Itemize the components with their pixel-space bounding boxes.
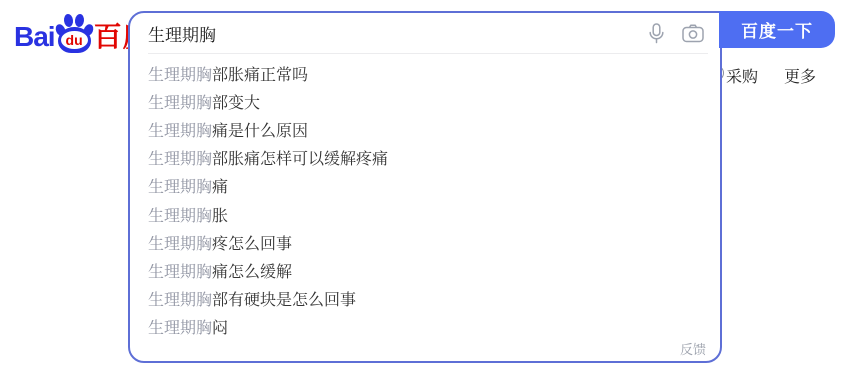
suggestion-prefix: 生理期胸 bbox=[148, 118, 212, 141]
feedback-row: 反馈 bbox=[130, 339, 720, 361]
suggestion-suffix: 闷 bbox=[212, 315, 228, 338]
suggestion-list: 生理期胸部胀痛正常吗 生理期胸部变大 生理期胸痛是什么原因 生理期胸部胀痛怎样可… bbox=[130, 54, 720, 339]
suggestion-item[interactable]: 生理期胸部有硬块是怎么回事 bbox=[130, 285, 720, 313]
suggestion-suffix: 痛 bbox=[212, 174, 228, 197]
nav-item-more[interactable]: 更多 bbox=[784, 64, 816, 87]
suggestion-prefix: 生理期胸 bbox=[148, 315, 212, 338]
suggestion-prefix: 生理期胸 bbox=[148, 62, 212, 85]
baidu-paw-icon: du bbox=[56, 13, 93, 54]
suggestion-item[interactable]: 生理期胸痛怎么缓解 bbox=[130, 256, 720, 284]
suggestion-prefix: 生理期胸 bbox=[148, 174, 212, 197]
nav-item-caigou[interactable]: 采购 bbox=[726, 64, 758, 87]
feedback-link[interactable]: 反馈 bbox=[680, 342, 706, 357]
suggestion-prefix: 生理期胸 bbox=[148, 203, 212, 226]
logo-bai-text: Bai bbox=[14, 22, 55, 54]
suggestion-prefix: 生理期胸 bbox=[148, 259, 212, 282]
suggestion-item[interactable]: 生理期胸部变大 bbox=[130, 87, 720, 115]
suggestion-prefix: 生理期胸 bbox=[148, 287, 212, 310]
suggestion-suffix: 痛怎么缓解 bbox=[212, 259, 292, 282]
paw-toe bbox=[74, 14, 85, 28]
search-input[interactable] bbox=[148, 23, 631, 43]
suggestion-item[interactable]: 生理期胸闷 bbox=[130, 313, 720, 339]
suggestion-suffix: 疼怎么回事 bbox=[212, 231, 292, 254]
paw-toe bbox=[63, 14, 74, 28]
suggestion-suffix: 部变大 bbox=[212, 90, 260, 113]
suggestion-suffix: 胀 bbox=[212, 203, 228, 226]
search-input-row bbox=[130, 13, 720, 53]
suggestion-item[interactable]: 生理期胸胀 bbox=[130, 200, 720, 228]
camera-icon[interactable] bbox=[682, 24, 704, 43]
baidu-search-button[interactable]: 百度一下 bbox=[719, 11, 835, 48]
suggestion-prefix: 生理期胸 bbox=[148, 90, 212, 113]
suggestion-item[interactable]: 生理期胸部胀痛正常吗 bbox=[130, 59, 720, 87]
logo-du-text: du bbox=[56, 32, 93, 48]
suggestion-item[interactable]: 生理期胸痛 bbox=[130, 172, 720, 200]
suggestion-item[interactable]: 生理期胸部胀痛怎样可以缓解疼痛 bbox=[130, 144, 720, 172]
suggestion-suffix: 部胀痛怎样可以缓解疼痛 bbox=[212, 146, 388, 169]
suggestion-prefix: 生理期胸 bbox=[148, 146, 212, 169]
suggestion-item[interactable]: 生理期胸疼怎么回事 bbox=[130, 228, 720, 256]
suggestion-prefix: 生理期胸 bbox=[148, 231, 212, 254]
microphone-icon[interactable] bbox=[649, 23, 664, 44]
suggestion-item[interactable]: 生理期胸痛是什么原因 bbox=[130, 115, 720, 143]
suggestion-suffix: 部有硬块是怎么回事 bbox=[212, 287, 356, 310]
baidu-search-page: Bai du 百度 采购 更多 bbox=[0, 0, 866, 379]
suggestion-suffix: 部胀痛正常吗 bbox=[212, 62, 308, 85]
search-suggestion-dropdown: 生理期胸部胀痛正常吗 生理期胸部变大 生理期胸痛是什么原因 生理期胸部胀痛怎样可… bbox=[128, 11, 722, 363]
suggestion-suffix: 痛是什么原因 bbox=[212, 118, 308, 141]
